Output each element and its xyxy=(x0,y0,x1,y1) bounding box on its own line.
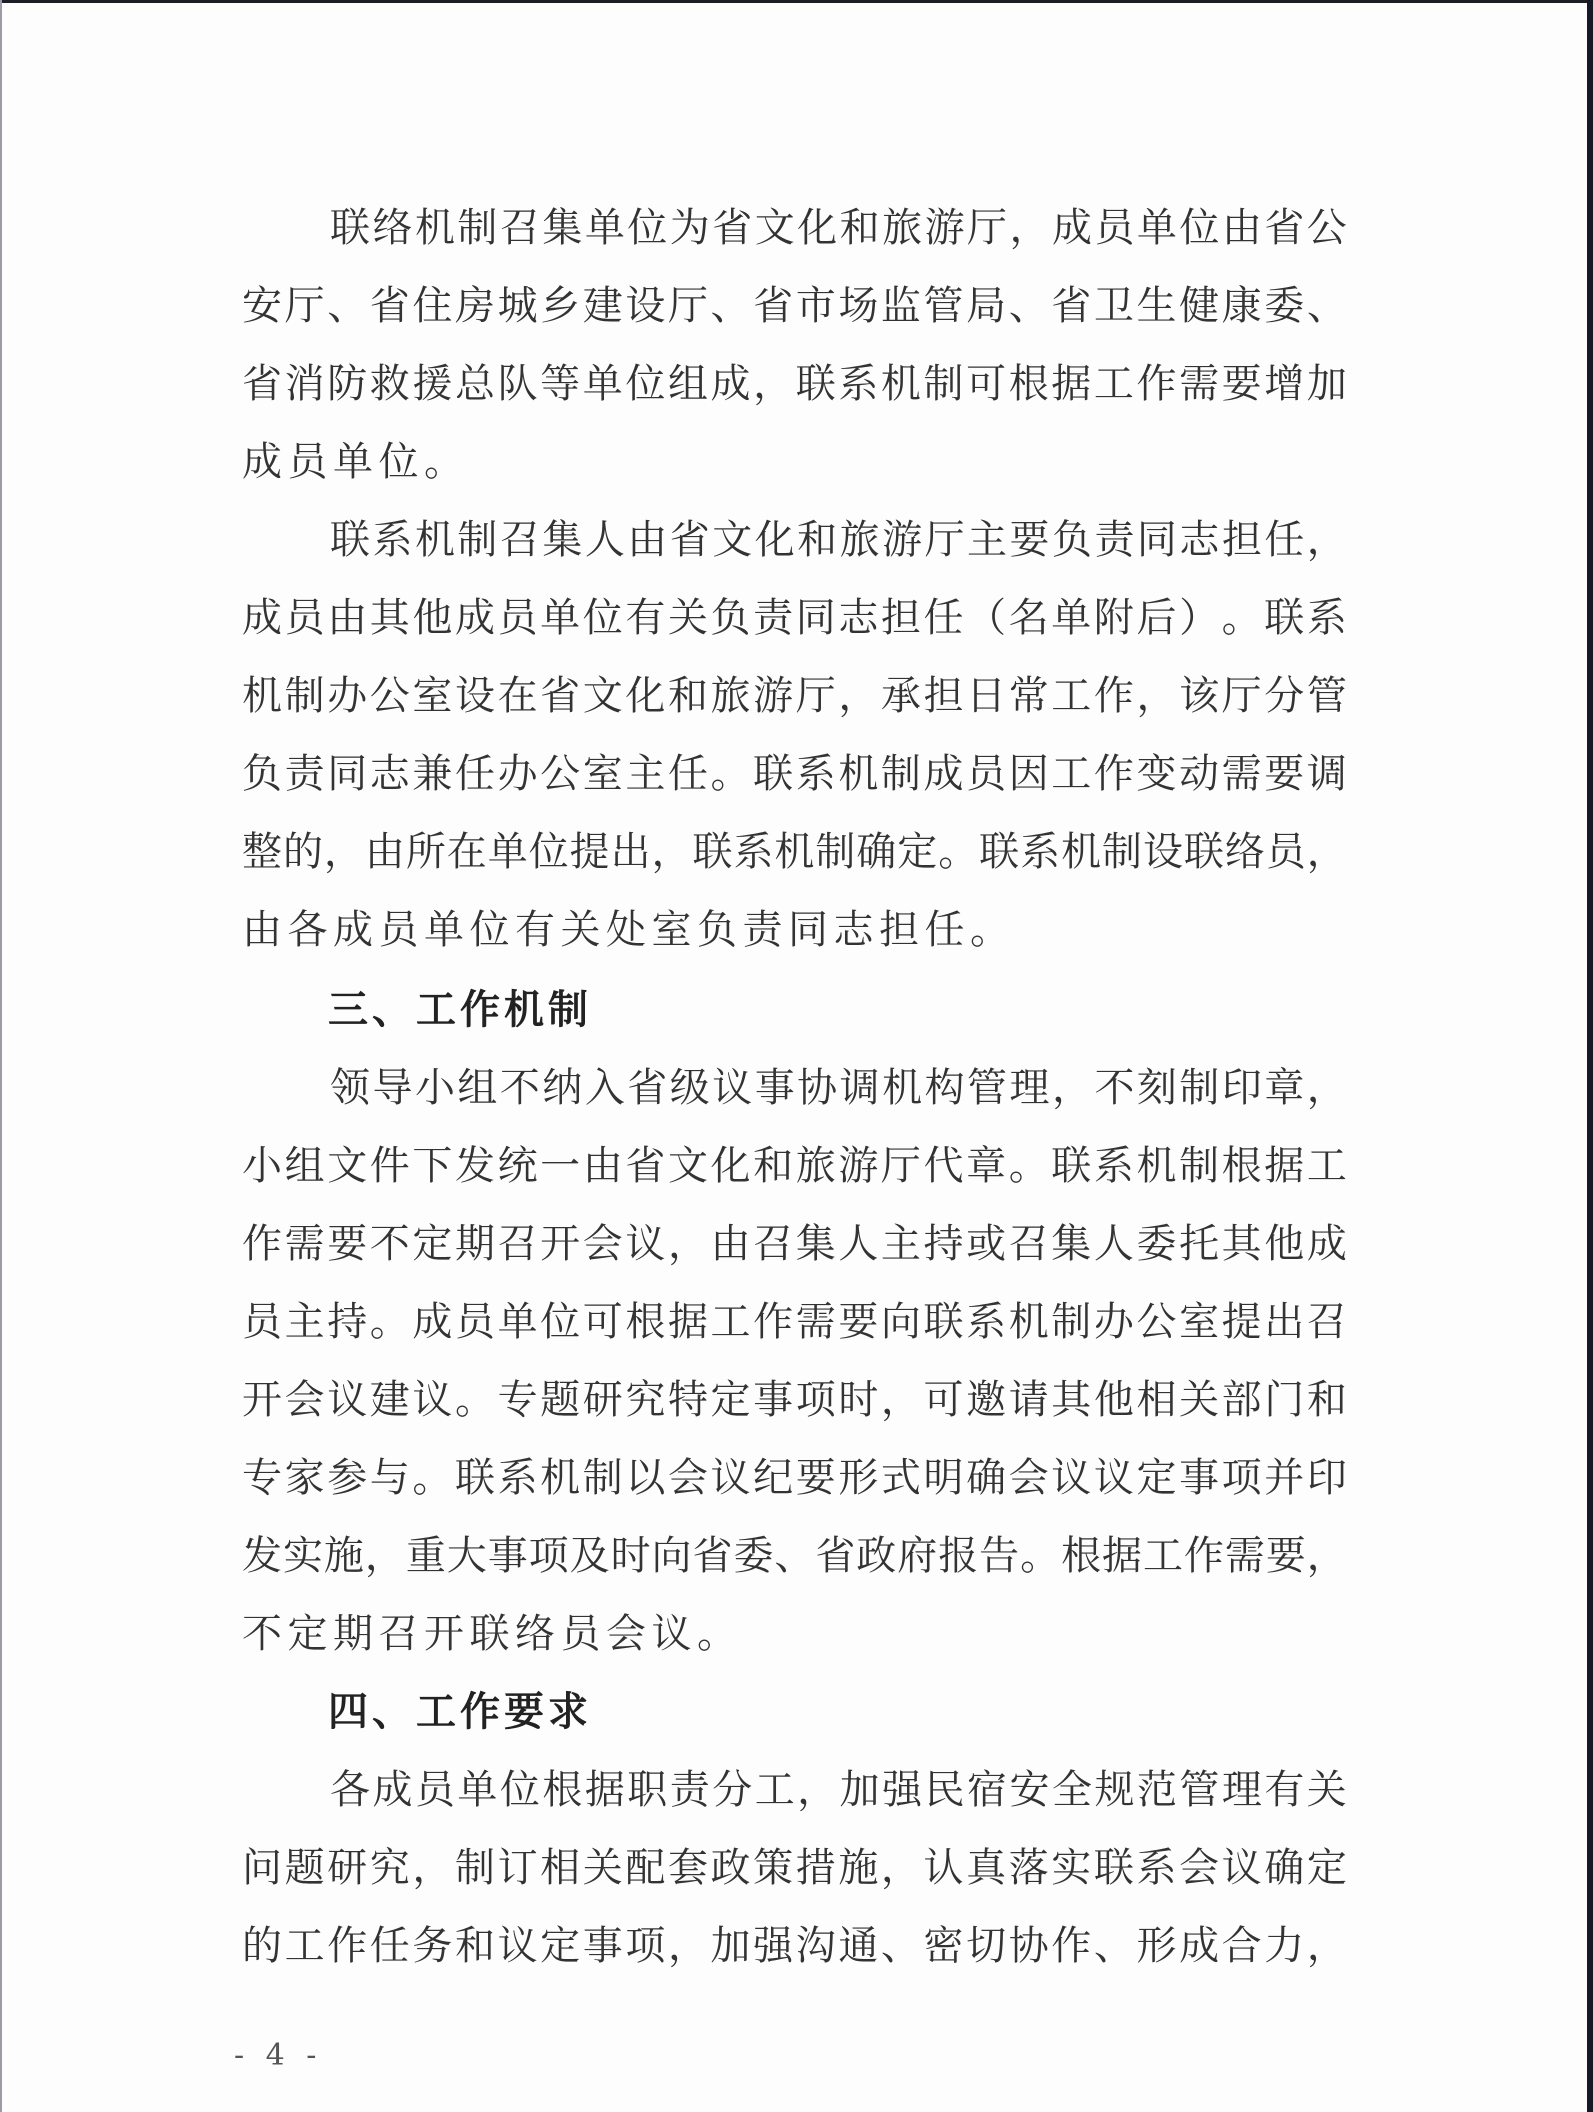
glyph: 、 xyxy=(1307,281,1347,331)
glyph: 持 xyxy=(924,1219,964,1269)
glyph: 机 xyxy=(882,1063,922,1113)
glyph: 厅 xyxy=(285,281,325,331)
glyph: 成 xyxy=(372,1765,412,1815)
glyph: 单 xyxy=(540,593,580,643)
glyph: 援 xyxy=(412,359,452,409)
glyph: 强 xyxy=(753,1921,793,1971)
glyph: 定 xyxy=(540,1921,580,1971)
glyph: 城 xyxy=(498,281,538,331)
glyph: 公 xyxy=(1136,1297,1176,1347)
glyph: 下 xyxy=(412,1141,452,1191)
glyph: 系 xyxy=(966,1297,1006,1347)
glyph: 络 xyxy=(1225,827,1265,877)
glyph: 由 xyxy=(327,593,367,643)
glyph: 事 xyxy=(488,1531,528,1581)
glyph: 要 xyxy=(796,1453,836,1503)
glyph: 工 xyxy=(1307,1141,1347,1191)
glyph: 大 xyxy=(447,1531,487,1581)
glyph: 由 xyxy=(627,515,667,565)
glyph: 确 xyxy=(966,1453,1006,1503)
glyph: 协 xyxy=(797,1063,837,1113)
glyph: 工 xyxy=(285,1921,325,1971)
glyph: 根 xyxy=(1009,359,1049,409)
glyph: 成 xyxy=(711,359,751,409)
glyph: 究 xyxy=(370,1843,410,1893)
glyph: 议 xyxy=(498,1921,538,1971)
glyph: 纳 xyxy=(542,1063,582,1113)
glyph: 责 xyxy=(285,749,325,799)
glyph: 要 xyxy=(1222,359,1262,409)
glyph: 联 xyxy=(455,1453,495,1503)
glyph: 召 xyxy=(1009,1219,1049,1269)
glyph: 机 xyxy=(1136,1141,1176,1191)
glyph: 志 xyxy=(838,593,878,643)
glyph: 队 xyxy=(498,359,538,409)
glyph: 议 xyxy=(1051,1453,1091,1503)
glyph: 事 xyxy=(753,1375,793,1425)
glyph: 。 xyxy=(412,1453,452,1503)
glyph: 据 xyxy=(1264,1141,1304,1191)
glyph: 主 xyxy=(967,515,1007,565)
glyph: 关 xyxy=(1179,1375,1219,1425)
glyph: 问 xyxy=(242,1843,282,1893)
glyph: 任 xyxy=(924,593,964,643)
glyph: ） xyxy=(1179,593,1219,643)
glyph: 旅 xyxy=(840,515,880,565)
glyph: 的 xyxy=(242,1921,282,1971)
glyph: 机 xyxy=(774,827,814,877)
glyph: 责 xyxy=(753,593,793,643)
glyph: 增 xyxy=(1264,359,1304,409)
section-3-line-1: 领导小组不纳入省级议事协调机构管理，不刻制印章， xyxy=(330,1063,1347,1113)
glyph: 的 xyxy=(283,827,323,877)
glyph: 召 xyxy=(500,203,540,253)
glyph: 由 xyxy=(583,1141,623,1191)
glyph: 工 xyxy=(1051,749,1091,799)
glyph: 工 xyxy=(755,1765,795,1815)
glyph: 和 xyxy=(840,203,880,253)
glyph: 根 xyxy=(625,1297,665,1347)
glyph: 工 xyxy=(711,1297,751,1347)
glyph: 主 xyxy=(625,749,665,799)
glyph: 负 xyxy=(711,593,751,643)
glyph: ， xyxy=(1307,1531,1347,1581)
glyph: 承 xyxy=(881,671,921,721)
glyph: 不 xyxy=(370,1219,410,1269)
glyph: 联 xyxy=(796,359,836,409)
glyph: 系 xyxy=(372,515,412,565)
glyph: 代 xyxy=(924,1141,964,1191)
glyph: 兼 xyxy=(412,749,452,799)
glyph: 制 xyxy=(285,671,325,721)
glyph: 关 xyxy=(583,1843,623,1893)
glyph: 。 xyxy=(455,1375,495,1425)
glyph: 游 xyxy=(925,203,965,253)
glyph: 他 xyxy=(412,593,452,643)
glyph: 员 xyxy=(1266,827,1306,877)
glyph: 民 xyxy=(925,1765,965,1815)
glyph: 确 xyxy=(856,827,896,877)
glyph: 系 xyxy=(796,749,836,799)
glyph: 事 xyxy=(755,1063,795,1113)
glyph: 同 xyxy=(327,749,367,799)
glyph: 定 xyxy=(1136,1453,1176,1503)
glyph: 委 xyxy=(1264,281,1304,331)
section-3-line-4: 员主持。成员单位可根据工作需要向联系机制办公室提出召 xyxy=(242,1297,1347,1347)
glyph: 印 xyxy=(1222,1063,1262,1113)
glyph: 安 xyxy=(1010,1765,1050,1815)
glyph: 特 xyxy=(668,1375,708,1425)
glyph: 设 xyxy=(625,281,665,331)
glyph: 根 xyxy=(1222,1141,1262,1191)
glyph: 卫 xyxy=(1094,281,1134,331)
glyph: 据 xyxy=(1102,1531,1142,1581)
glyph: 室 xyxy=(1179,1297,1219,1347)
glyph: 人 xyxy=(1094,1219,1134,1269)
glyph: 单 xyxy=(488,827,528,877)
glyph: 在 xyxy=(498,671,538,721)
glyph: 开 xyxy=(540,1219,580,1269)
glyph: 位 xyxy=(625,359,665,409)
glyph: 文 xyxy=(668,1141,708,1191)
glyph: ， xyxy=(797,1765,837,1815)
glyph: ， xyxy=(412,1843,452,1893)
glyph: 沟 xyxy=(796,1921,836,1971)
glyph: 名 xyxy=(1009,593,1049,643)
section-4-line-2: 问题研究，制订相关配套政策措施，认真落实联系会议确定 xyxy=(242,1843,1347,1893)
glyph: 参 xyxy=(327,1453,367,1503)
glyph: 召 xyxy=(500,515,540,565)
glyph: 章 xyxy=(966,1141,1006,1191)
glyph: 机 xyxy=(1009,1297,1049,1347)
glyph: 化 xyxy=(711,1141,751,1191)
glyph: 管 xyxy=(967,1063,1007,1113)
section-3-heading: 三、工作机制 xyxy=(328,985,592,1035)
glyph: ， xyxy=(324,827,364,877)
glyph: 单 xyxy=(498,1297,538,1347)
glyph: 管 xyxy=(924,281,964,331)
glyph: 理 xyxy=(1010,1063,1050,1113)
glyph: 省 xyxy=(1051,281,1091,331)
glyph: ， xyxy=(1052,1063,1092,1113)
glyph: 邀 xyxy=(966,1375,1006,1425)
glyph: 项 xyxy=(625,1921,665,1971)
paragraph-2-line-3: 机制办公室设在省文化和旅游厅，承担日常工作，该厅分管 xyxy=(242,671,1347,721)
glyph: ， xyxy=(1010,203,1050,253)
glyph: 厅 xyxy=(796,671,836,721)
glyph: 部 xyxy=(1222,1375,1262,1425)
glyph: 需 xyxy=(1222,749,1262,799)
glyph: 及 xyxy=(570,1531,610,1581)
glyph: 分 xyxy=(712,1765,752,1815)
glyph: 消 xyxy=(285,359,325,409)
glyph: 文 xyxy=(327,1141,367,1191)
glyph: 事 xyxy=(583,1921,623,1971)
glyph: 单 xyxy=(585,203,625,253)
glyph: 责 xyxy=(1094,515,1134,565)
glyph: 由 xyxy=(365,827,405,877)
section-3-line-2: 小组文件下发统一由省文化和旅游厅代章。联系机制根据工 xyxy=(242,1141,1347,1191)
glyph: ， xyxy=(881,1843,921,1893)
glyph: 联 xyxy=(330,203,370,253)
glyph: 要 xyxy=(1264,749,1304,799)
glyph: 有 xyxy=(625,593,665,643)
glyph: 套 xyxy=(668,1843,708,1893)
glyph: 制 xyxy=(1051,1297,1091,1347)
section-3-line-3: 作需要不定期召开会议，由召集人主持或召集人委托其他成 xyxy=(242,1219,1347,1269)
glyph: 任 xyxy=(668,749,708,799)
glyph: 订 xyxy=(498,1843,538,1893)
glyph: 文 xyxy=(712,515,752,565)
glyph: 成 xyxy=(412,1297,452,1347)
glyph: 主 xyxy=(285,1297,325,1347)
glyph: 会 xyxy=(668,1453,708,1503)
glyph: 开 xyxy=(242,1375,282,1425)
glyph: 。 xyxy=(938,827,978,877)
paragraph-1-line-3: 省消防救援总队等单位组成，联系机制可根据工作需要增加 xyxy=(242,359,1347,409)
glyph: 成 xyxy=(1179,1921,1219,1971)
glyph: 关 xyxy=(1307,1765,1347,1815)
glyph: 专 xyxy=(498,1375,538,1425)
glyph: 乡 xyxy=(540,281,580,331)
glyph: 作 xyxy=(1094,671,1134,721)
glyph: ， xyxy=(652,827,692,877)
glyph: 所 xyxy=(406,827,446,877)
glyph: 真 xyxy=(966,1843,1006,1893)
glyph: 成 xyxy=(242,593,282,643)
glyph: 机 xyxy=(1061,827,1101,877)
glyph: 分 xyxy=(1264,671,1304,721)
glyph: 和 xyxy=(668,671,708,721)
glyph: 机 xyxy=(415,203,455,253)
glyph: 成 xyxy=(1052,203,1092,253)
glyph: 单 xyxy=(457,1765,497,1815)
glyph: 定 xyxy=(1307,1843,1347,1893)
glyph: 公 xyxy=(370,671,410,721)
glyph: 组 xyxy=(285,1141,325,1191)
glyph: 厅 xyxy=(881,1141,921,1191)
glyph: 和 xyxy=(1307,1375,1347,1425)
glyph: ， xyxy=(1307,1921,1347,1971)
glyph: 员 xyxy=(498,593,538,643)
glyph: 健 xyxy=(1179,281,1219,331)
glyph: 要 xyxy=(327,1219,367,1269)
glyph: 据 xyxy=(585,1765,625,1815)
glyph: 形 xyxy=(838,1453,878,1503)
glyph: 持 xyxy=(327,1297,367,1347)
glyph: ， xyxy=(1307,515,1347,565)
glyph: 管 xyxy=(1307,671,1347,721)
glyph: 联 xyxy=(1051,1141,1091,1191)
glyph: 员 xyxy=(455,1297,495,1347)
glyph: 工 xyxy=(1143,1531,1183,1581)
glyph: 要 xyxy=(838,1297,878,1347)
glyph: 范 xyxy=(1137,1765,1177,1815)
glyph: 工 xyxy=(1051,671,1091,721)
glyph: 集 xyxy=(1051,1219,1091,1269)
glyph: 规 xyxy=(1094,1765,1134,1815)
glyph: 期 xyxy=(455,1219,495,1269)
glyph: 。 xyxy=(1009,1141,1049,1191)
glyph: 会 xyxy=(1179,1843,1219,1893)
glyph: 机 xyxy=(415,515,455,565)
glyph: 请 xyxy=(1009,1375,1049,1425)
glyph: 旅 xyxy=(711,671,751,721)
glyph: 策 xyxy=(753,1843,793,1893)
glyph: 作 xyxy=(1184,1531,1224,1581)
glyph: 由 xyxy=(1222,203,1262,253)
glyph: 机 xyxy=(881,359,921,409)
glyph: 召 xyxy=(753,1219,793,1269)
glyph: 附 xyxy=(1094,593,1134,643)
glyph: 康 xyxy=(1222,281,1262,331)
glyph: 系 xyxy=(1307,593,1347,643)
glyph: 员 xyxy=(242,1297,282,1347)
glyph: 日 xyxy=(966,671,1006,721)
glyph: 以 xyxy=(625,1453,665,1503)
section-3-line-7: 发实施，重大事项及时向省委、省政府报告。根据工作需要， xyxy=(242,1531,1347,1581)
glyph: 时 xyxy=(611,1531,651,1581)
glyph: 作 xyxy=(753,1297,793,1347)
glyph: 制 xyxy=(1102,827,1142,877)
glyph: 人 xyxy=(838,1219,878,1269)
glyph: 市 xyxy=(796,281,836,331)
paragraph-2-line-6: 由各成员单位有关处室负责同志担任。 xyxy=(242,905,1347,955)
glyph: 旅 xyxy=(882,203,922,253)
glyph: 变 xyxy=(1136,749,1176,799)
glyph: 府 xyxy=(897,1531,937,1581)
glyph: 机 xyxy=(838,749,878,799)
glyph: 担 xyxy=(1222,515,1262,565)
glyph: 省 xyxy=(815,1531,855,1581)
glyph: 因 xyxy=(1009,749,1049,799)
glyph: 后 xyxy=(1136,593,1176,643)
glyph: 该 xyxy=(1179,671,1219,721)
glyph: 联 xyxy=(753,749,793,799)
glyph: 式 xyxy=(881,1453,921,1503)
glyph: 机 xyxy=(242,671,282,721)
glyph: 全 xyxy=(1052,1765,1092,1815)
glyph: 提 xyxy=(1222,1297,1262,1347)
glyph: 、 xyxy=(1094,1921,1134,1971)
glyph: 定 xyxy=(897,827,937,877)
glyph: 议 xyxy=(1222,1843,1262,1893)
glyph: 门 xyxy=(1264,1375,1304,1425)
glyph: 。 xyxy=(370,1297,410,1347)
glyph: 可 xyxy=(966,359,1006,409)
glyph: 确 xyxy=(1264,1843,1304,1893)
glyph: 文 xyxy=(583,671,623,721)
section-3-line-5: 开会议建议。专题研究特定事项时，可邀请其他相关部门和 xyxy=(242,1375,1347,1425)
glyph: 集 xyxy=(796,1219,836,1269)
glyph: 省 xyxy=(753,281,793,331)
glyph: 制 xyxy=(815,827,855,877)
glyph: 入 xyxy=(585,1063,625,1113)
glyph: 任 xyxy=(370,1921,410,1971)
glyph: 担 xyxy=(881,593,921,643)
glyph: 单 xyxy=(1137,203,1177,253)
glyph: 单 xyxy=(1051,593,1091,643)
glyph: 系 xyxy=(838,359,878,409)
glyph: 强 xyxy=(882,1765,922,1815)
glyph: 负 xyxy=(242,749,282,799)
glyph: 系 xyxy=(498,1453,538,1503)
glyph: 形 xyxy=(1136,1921,1176,1971)
section-3-line-6: 专家参与。联系机制以会议纪要形式明确会议议定事项并印 xyxy=(242,1453,1347,1503)
glyph: 工 xyxy=(1094,359,1134,409)
glyph: 厅 xyxy=(967,203,1007,253)
glyph: 发 xyxy=(455,1141,495,1191)
glyph: 研 xyxy=(583,1375,623,1425)
glyph: 室 xyxy=(412,671,452,721)
glyph: 担 xyxy=(924,671,964,721)
glyph: 员 xyxy=(1094,203,1134,253)
glyph: 在 xyxy=(447,827,487,877)
glyph: 事 xyxy=(1179,1453,1219,1503)
glyph: 作 xyxy=(242,1219,282,1269)
glyph: 需 xyxy=(1225,1531,1265,1581)
glyph: ， xyxy=(838,671,878,721)
glyph: 系 xyxy=(1094,1141,1134,1191)
glyph: 住 xyxy=(412,281,452,331)
glyph: 化 xyxy=(797,203,837,253)
glyph: 机 xyxy=(540,1453,580,1503)
glyph: 厅 xyxy=(925,515,965,565)
glyph: 位 xyxy=(627,203,667,253)
glyph: 并 xyxy=(1264,1453,1304,1503)
glyph: 联 xyxy=(330,515,370,565)
glyph: 单 xyxy=(583,359,623,409)
glyph: 力 xyxy=(1264,1921,1304,1971)
document-page: 联络机制召集单位为省文化和旅游厅，成员单位由省公 安厅、省住房城乡建设厅、省市场… xyxy=(0,0,1593,2112)
glyph: 制 xyxy=(1179,1063,1219,1113)
glyph: 游 xyxy=(753,671,793,721)
glyph: 任 xyxy=(455,749,495,799)
section-4-line-1: 各成员单位根据职责分工，加强民宿安全规范管理有关 xyxy=(330,1765,1347,1815)
glyph: 管 xyxy=(1179,1765,1219,1815)
paragraph-1-line-2: 安厅、省住房城乡建设厅、省市场监管局、省卫生健康委、 xyxy=(242,281,1347,331)
paragraph-2-line-5: 整的，由所在单位提出，联系机制确定。联系机制设联络员， xyxy=(242,827,1347,877)
glyph: 防 xyxy=(327,359,367,409)
glyph: ， xyxy=(1307,1063,1347,1113)
glyph: 责 xyxy=(670,1765,710,1815)
glyph: 议 xyxy=(625,1219,665,1269)
glyph: 游 xyxy=(882,515,922,565)
glyph: 通 xyxy=(838,1921,878,1971)
glyph: 生 xyxy=(1136,281,1176,331)
glyph: 宿 xyxy=(967,1765,1007,1815)
glyph: 时 xyxy=(838,1375,878,1425)
glyph: 任 xyxy=(1264,515,1304,565)
glyph: 、 xyxy=(881,1921,921,1971)
glyph: 实 xyxy=(1051,1843,1091,1893)
glyph: 、 xyxy=(774,1531,814,1581)
glyph: 实 xyxy=(283,1531,323,1581)
glyph: 和 xyxy=(455,1921,495,1971)
glyph: 根 xyxy=(1061,1531,1101,1581)
glyph: 召 xyxy=(1307,1297,1347,1347)
paragraph-2-line-1: 联系机制召集人由省文化和旅游厅主要负责同志担任， xyxy=(330,515,1347,565)
glyph: 会 xyxy=(583,1219,623,1269)
glyph: 专 xyxy=(242,1453,282,1503)
glyph: ， xyxy=(881,1375,921,1425)
glyph: 联 xyxy=(979,827,1019,877)
glyph: 动 xyxy=(1179,749,1219,799)
glyph: 省 xyxy=(627,1063,667,1113)
glyph: 位 xyxy=(583,593,623,643)
glyph: 厅 xyxy=(668,281,708,331)
glyph: 需 xyxy=(1179,359,1219,409)
